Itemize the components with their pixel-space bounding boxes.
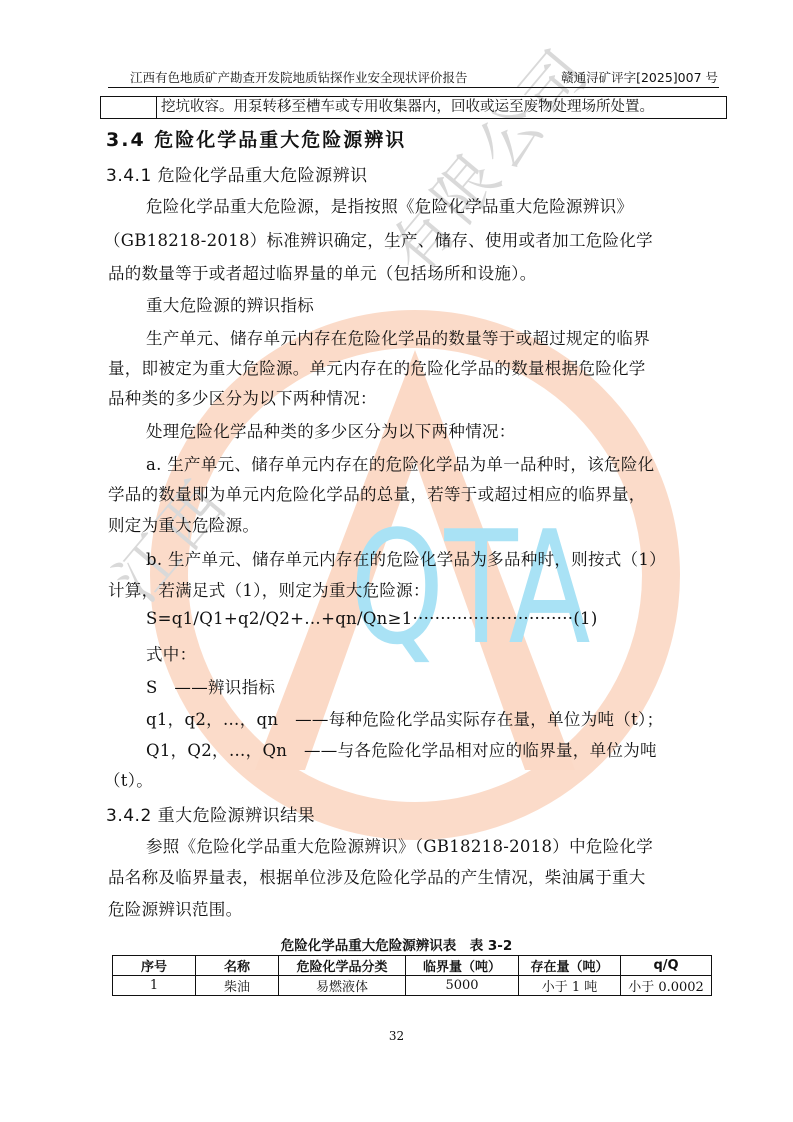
- table-cell: 小于 0.0002: [621, 976, 712, 996]
- column-header: q/Q: [621, 956, 712, 976]
- header-rule: [108, 87, 719, 88]
- table-cell-empty: [101, 97, 157, 118]
- paragraph-line: q1，q2，…，qn ——每种危险化学品实际存在量，单位为吨（t）；: [146, 706, 663, 730]
- document-page: QTA 江西 有限公司 江西有色地质矿产勘查开发院地质钻探作业安全现状评价报告 …: [0, 0, 793, 1122]
- paragraph-line: 量，即被定为重大危险源。单元内存在的危险化学品的数量根据危险化学: [108, 355, 646, 379]
- section-heading: 3.4 危险化学品重大危险源辨识: [106, 125, 406, 152]
- paragraph-line: 危险源辨识范围。: [108, 896, 242, 920]
- column-header: 存在量（吨）: [519, 956, 621, 976]
- table-row: 1 柴油 易燃液体 5000 小于 1 吨 小于 0.0002: [113, 976, 712, 996]
- formula-line: S=q1/Q1+q2/Q2+…+qn/Qn≥1·················…: [146, 609, 598, 628]
- page-number: 32: [0, 1029, 793, 1043]
- paragraph-line: Q1，Q2，…，Qn ——与各危险化学品相对应的临界量，单位为吨: [146, 737, 657, 761]
- continued-table-row: 挖坑收容。用泵转移至槽车或专用收集器内，回收或运至废物处理场所处置。: [100, 96, 727, 119]
- paragraph-line: b. 生产单元、储存单元内存在的危险化学品为多品种时，则按式（1）: [146, 546, 666, 570]
- paragraph-line: 品的数量等于或者超过临界量的单元（包括场所和设施）。: [108, 260, 537, 284]
- paragraph-line: 参照《危险化学品重大危险源辨识》（GB18218-2018）中危险化学: [146, 833, 653, 857]
- paragraph-line: a. 生产单元、储存单元内存在的危险化学品为单一品种时，该危险化: [146, 451, 654, 475]
- table-header-row: 序号 名称 危险化学品分类 临界量（吨） 存在量（吨） q/Q: [113, 956, 712, 976]
- column-header: 名称: [196, 956, 279, 976]
- paragraph-line: S ——辨识指标: [146, 674, 275, 698]
- paragraph-line: 品种类的多少区分为以下两种情况：: [108, 385, 377, 409]
- paragraph-line: 处理危险化学品种类的多少区分为以下两种情况：: [146, 418, 516, 442]
- subsection-heading-1: 3.4.1 危险化学品重大危险源辨识: [106, 161, 368, 186]
- paragraph-line: 计算，若满足式（1），则定为重大危险源：: [108, 577, 430, 601]
- paragraph-line: 重大危险源的辨识指标: [146, 292, 314, 316]
- table-cell: 小于 1 吨: [519, 976, 621, 996]
- table-cell: 5000: [406, 976, 519, 996]
- paragraph-line: 品名称及临界量表，根据单位涉及危险化学品的产生情况，柴油属于重大: [108, 864, 646, 888]
- table-cell: 1: [113, 976, 196, 996]
- paragraph-line: 式中：: [146, 641, 196, 665]
- column-header: 危险化学品分类: [279, 956, 406, 976]
- paragraph-line: 学品的数量即为单元内危险化学品的总量，若等于或超过相应的临界量，: [108, 481, 646, 505]
- column-header: 临界量（吨）: [406, 956, 519, 976]
- paragraph-line: （t）。: [104, 767, 153, 791]
- table-caption: 危险化学品重大危险源辨识表 表 3-2: [0, 934, 793, 954]
- table-cell-text: 挖坑收容。用泵转移至槽车或专用收集器内，回收或运至废物处理场所处置。: [157, 97, 726, 118]
- table-cell: 柴油: [196, 976, 279, 996]
- column-header: 序号: [113, 956, 196, 976]
- paragraph-line: 危险化学品重大危险源，是指按照《危险化学品重大危险源辨识》: [146, 193, 633, 217]
- report-title-header: 江西有色地质矿产勘查开发院地质钻探作业安全现状评价报告: [130, 68, 468, 86]
- paragraph-line: （GB18218-2018）标准辨识确定，生产、储存、使用或者加工危险化学: [104, 227, 653, 251]
- table-cell: 易燃液体: [279, 976, 406, 996]
- page-content: 江西有色地质矿产勘查开发院地质钻探作业安全现状评价报告 赣通浔矿评字[2025]…: [0, 0, 793, 1122]
- subsection-heading-2: 3.4.2 重大危险源辨识结果: [106, 801, 315, 826]
- hazard-identification-table: 序号 名称 危险化学品分类 临界量（吨） 存在量（吨） q/Q 1 柴油 易燃液…: [112, 955, 712, 996]
- report-number-header: 赣通浔矿评字[2025]007 号: [561, 68, 718, 86]
- paragraph-line: 生产单元、储存单元内存在危险化学品的数量等于或超过规定的临界: [146, 325, 650, 349]
- paragraph-line: 则定为重大危险源。: [108, 512, 259, 536]
